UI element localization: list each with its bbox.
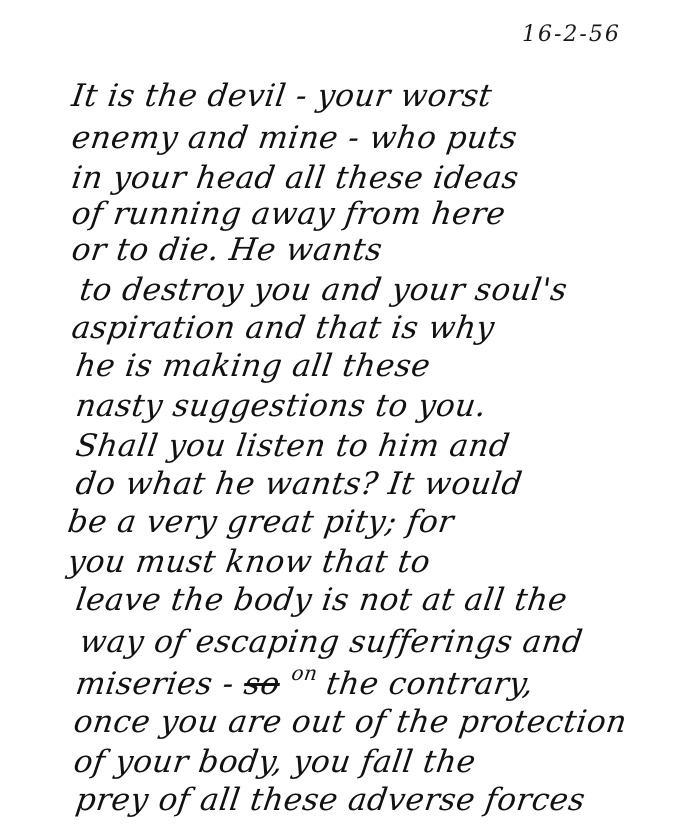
letter-line-15: way of escaping sufferings and [77, 624, 585, 660]
letter-line-14: leave the body is not at all the [73, 582, 569, 618]
letter-line-8: he is making all these [73, 348, 432, 384]
letter-line-9: nasty suggestions to you. [73, 388, 488, 424]
struck-out-word: so [242, 666, 283, 702]
letter-line-16: miseries - so on the contrary, [73, 666, 535, 702]
letter-line-3: in your head all these ideas [69, 160, 521, 196]
letter-line-17: once you are out of the protection [71, 704, 629, 740]
inserted-word: on [290, 661, 319, 685]
letter-line-5: or to die. He wants [69, 232, 384, 268]
letter-line-10: Shall you listen to him and [73, 428, 512, 464]
handwritten-letter-body: It is the devil - your worst enemy and m… [0, 0, 676, 837]
line-16-text: miseries - [73, 666, 246, 702]
letter-line-4: of running away from here [69, 196, 507, 232]
letter-line-7: aspiration and that is why [69, 310, 496, 346]
letter-line-6: to destroy you and your soul's [77, 272, 569, 308]
letter-line-2: enemy and mine - who puts [69, 120, 519, 156]
letter-line-13: you must know that to [65, 544, 432, 580]
letter-line-1: It is the devil - your worst [69, 78, 494, 114]
letter-line-11: do what he wants? It would [73, 466, 524, 502]
letter-line-12: be a very great pity; for [65, 504, 456, 540]
letter-line-18: of your body, you fall the [71, 744, 478, 780]
letter-line-19: prey of all these adverse forces [73, 782, 587, 818]
line-16-tail: the contrary, [314, 666, 536, 702]
